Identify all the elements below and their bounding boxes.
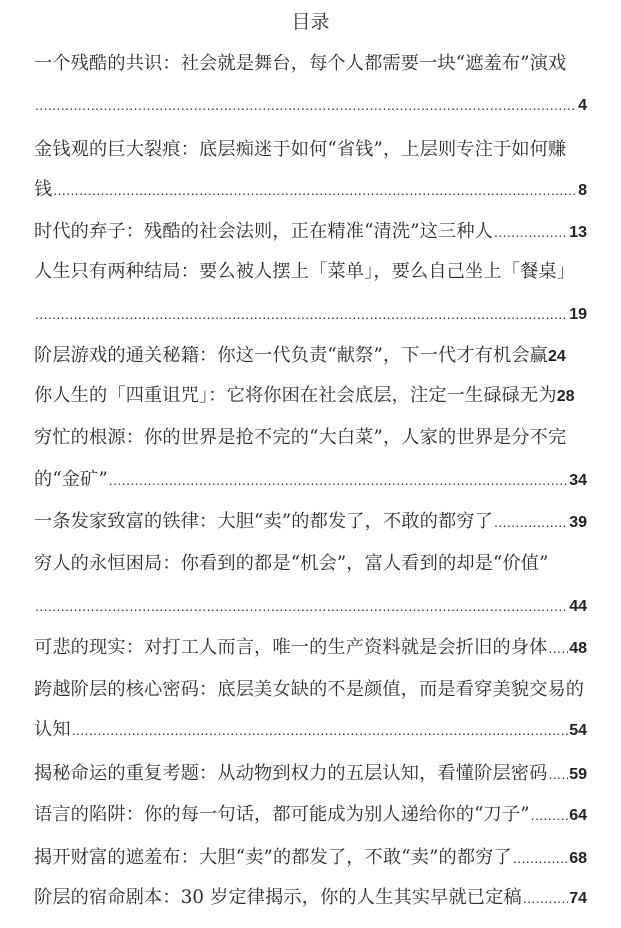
dot-leader	[53, 177, 577, 203]
toc-entry-9-line-1[interactable]: 穷人的永恒困局：你看到的都是“机会”，富人看到的却是“价值”	[34, 551, 587, 577]
dot-leader	[35, 593, 568, 619]
toc-entry-title: 揭秘命运的重复考题：从动物到权力的五层认知，看懂阶层密码	[34, 761, 547, 787]
dot-leader	[109, 467, 568, 493]
toc-entry-title: 语言的陷阱：你的每一句话，都可能成为别人递给你的“刀子”	[34, 802, 530, 828]
toc-entry-10[interactable]: 可悲的现实：对打工人而言，唯一的生产资料就是会折旧的身体 48	[34, 635, 587, 661]
toc-entry-2-line-1[interactable]: 金钱观的巨大裂痕：底层痴迷于如何“省钱”，上层则专注于如何赚	[34, 137, 587, 163]
toc-entry-12[interactable]: 揭秘命运的重复考题：从动物到权力的五层认知，看懂阶层密码 59	[34, 761, 587, 787]
page-number: 28	[557, 384, 575, 409]
page-number: 59	[569, 762, 587, 787]
toc-entry-title: 你人生的「四重诅咒」：它将你困在社会底层，注定一生碌碌无为	[34, 383, 557, 409]
toc-entry-1-line-1[interactable]: 一个残酷的共识：社会就是舞台，每个人都需要一块“遮羞布”演戏	[34, 51, 587, 77]
page-number: 54	[569, 718, 587, 743]
toc-entry-4-line-2[interactable]: 19	[34, 301, 587, 327]
toc-entry-title: 揭开财富的遮羞布：大胆“卖”的都发了，不敢“卖”的都穷了	[34, 845, 512, 871]
toc-entry-title: 穷人的永恒困局：你看到的都是“机会”，富人看到的却是“价值”	[34, 551, 549, 577]
toc-entry-title: 一个残酷的共识：社会就是舞台，每个人都需要一块“遮羞布”演戏	[34, 51, 566, 77]
toc-entry-3[interactable]: 时代的弃子：残酷的社会法则，正在精准“清洗”这三种人 13	[34, 219, 587, 245]
dot-leader	[494, 509, 568, 535]
toc-entry-7-line-2[interactable]: 的“金矿” 34	[34, 467, 587, 493]
dot-leader	[494, 219, 568, 245]
toc-entry-title: 金钱观的巨大裂痕：底层痴迷于如何“省钱”，上层则专注于如何赚	[34, 137, 566, 163]
toc-entry-5[interactable]: 阶层游戏的通关秘籍：你这一代负责“献祭”，下一代才有机会赢 24	[34, 343, 587, 369]
dot-leader	[523, 885, 568, 911]
toc-entry-8[interactable]: 一条发家致富的铁律：大胆“卖”的都发了，不敢的都穷了 39	[34, 509, 587, 535]
toc-entry-title: 穷忙的根源：你的世界是抢不完的“大白菜”，人家的世界是分不完	[34, 425, 566, 451]
page-number: 13	[569, 220, 587, 245]
page-number: 24	[548, 344, 566, 369]
dot-leader	[513, 845, 568, 871]
dot-leader	[548, 635, 568, 661]
toc-entry-11-line-1[interactable]: 跨越阶层的核心密码：底层美女缺的不是颜值，而是看穿美貌交易的	[34, 677, 587, 703]
page-number: 48	[569, 636, 587, 661]
toc-entry-7-line-1[interactable]: 穷忙的根源：你的世界是抢不完的“大白菜”，人家的世界是分不完	[34, 425, 587, 451]
page-number: 8	[578, 178, 587, 203]
toc-entry-2-line-2[interactable]: 钱 8	[34, 177, 587, 203]
page-number: 74	[569, 886, 587, 911]
page-number: 39	[569, 510, 587, 535]
toc-entry-title: 可悲的现实：对打工人而言，唯一的生产资料就是会折旧的身体	[34, 635, 547, 661]
toc-entry-14[interactable]: 揭开财富的遮羞布：大胆“卖”的都发了，不敢“卖”的都穷了 68	[34, 845, 587, 871]
toc-entry-6[interactable]: 你人生的「四重诅咒」：它将你困在社会底层，注定一生碌碌无为 28	[34, 383, 587, 409]
toc-entry-4-line-1[interactable]: 人生只有两种结局：要么被人摆上「菜单」，要么自己坐上「餐桌」	[34, 259, 587, 285]
toc-entry-13[interactable]: 语言的陷阱：你的每一句话，都可能成为别人递给你的“刀子” 64	[34, 802, 587, 828]
dot-leader	[548, 761, 568, 787]
page-number: 68	[569, 846, 587, 871]
toc-entry-title: 人生只有两种结局：要么被人摆上「菜单」，要么自己坐上「餐桌」	[34, 259, 575, 285]
toc-entry-title: 跨越阶层的核心密码：底层美女缺的不是颜值，而是看穿美貌交易的	[34, 677, 584, 703]
toc-entry-title: 一条发家致富的铁律：大胆“卖”的都发了，不敢的都穷了	[34, 509, 493, 535]
toc-entry-title: 阶层游戏的通关秘籍：你这一代负责“献祭”，下一代才有机会赢	[34, 343, 548, 369]
toc-entry-1-line-2[interactable]: 4	[34, 92, 587, 118]
dot-leader	[72, 717, 569, 743]
dot-leader	[35, 301, 568, 327]
page-number: 19	[569, 302, 587, 327]
page-number: 64	[569, 803, 587, 828]
toc-entry-9-line-2[interactable]: 44	[34, 593, 587, 619]
toc-entry-15[interactable]: 阶层的宿命剧本：30 岁定律揭示，你的人生其实早就已定稿 74	[34, 885, 587, 911]
page-number: 34	[569, 468, 587, 493]
toc-entry-title: 阶层的宿命剧本：30 岁定律揭示，你的人生其实早就已定稿	[34, 885, 522, 911]
toc-entry-title: 时代的弃子：残酷的社会法则，正在精准“清洗”这三种人	[34, 219, 493, 245]
toc-title: 目录	[0, 10, 621, 34]
page-number: 44	[569, 594, 587, 619]
dot-leader	[35, 92, 577, 118]
page-number: 4	[578, 93, 587, 118]
toc-entry-11-line-2[interactable]: 认知 54	[34, 717, 587, 743]
dot-leader	[531, 802, 569, 828]
